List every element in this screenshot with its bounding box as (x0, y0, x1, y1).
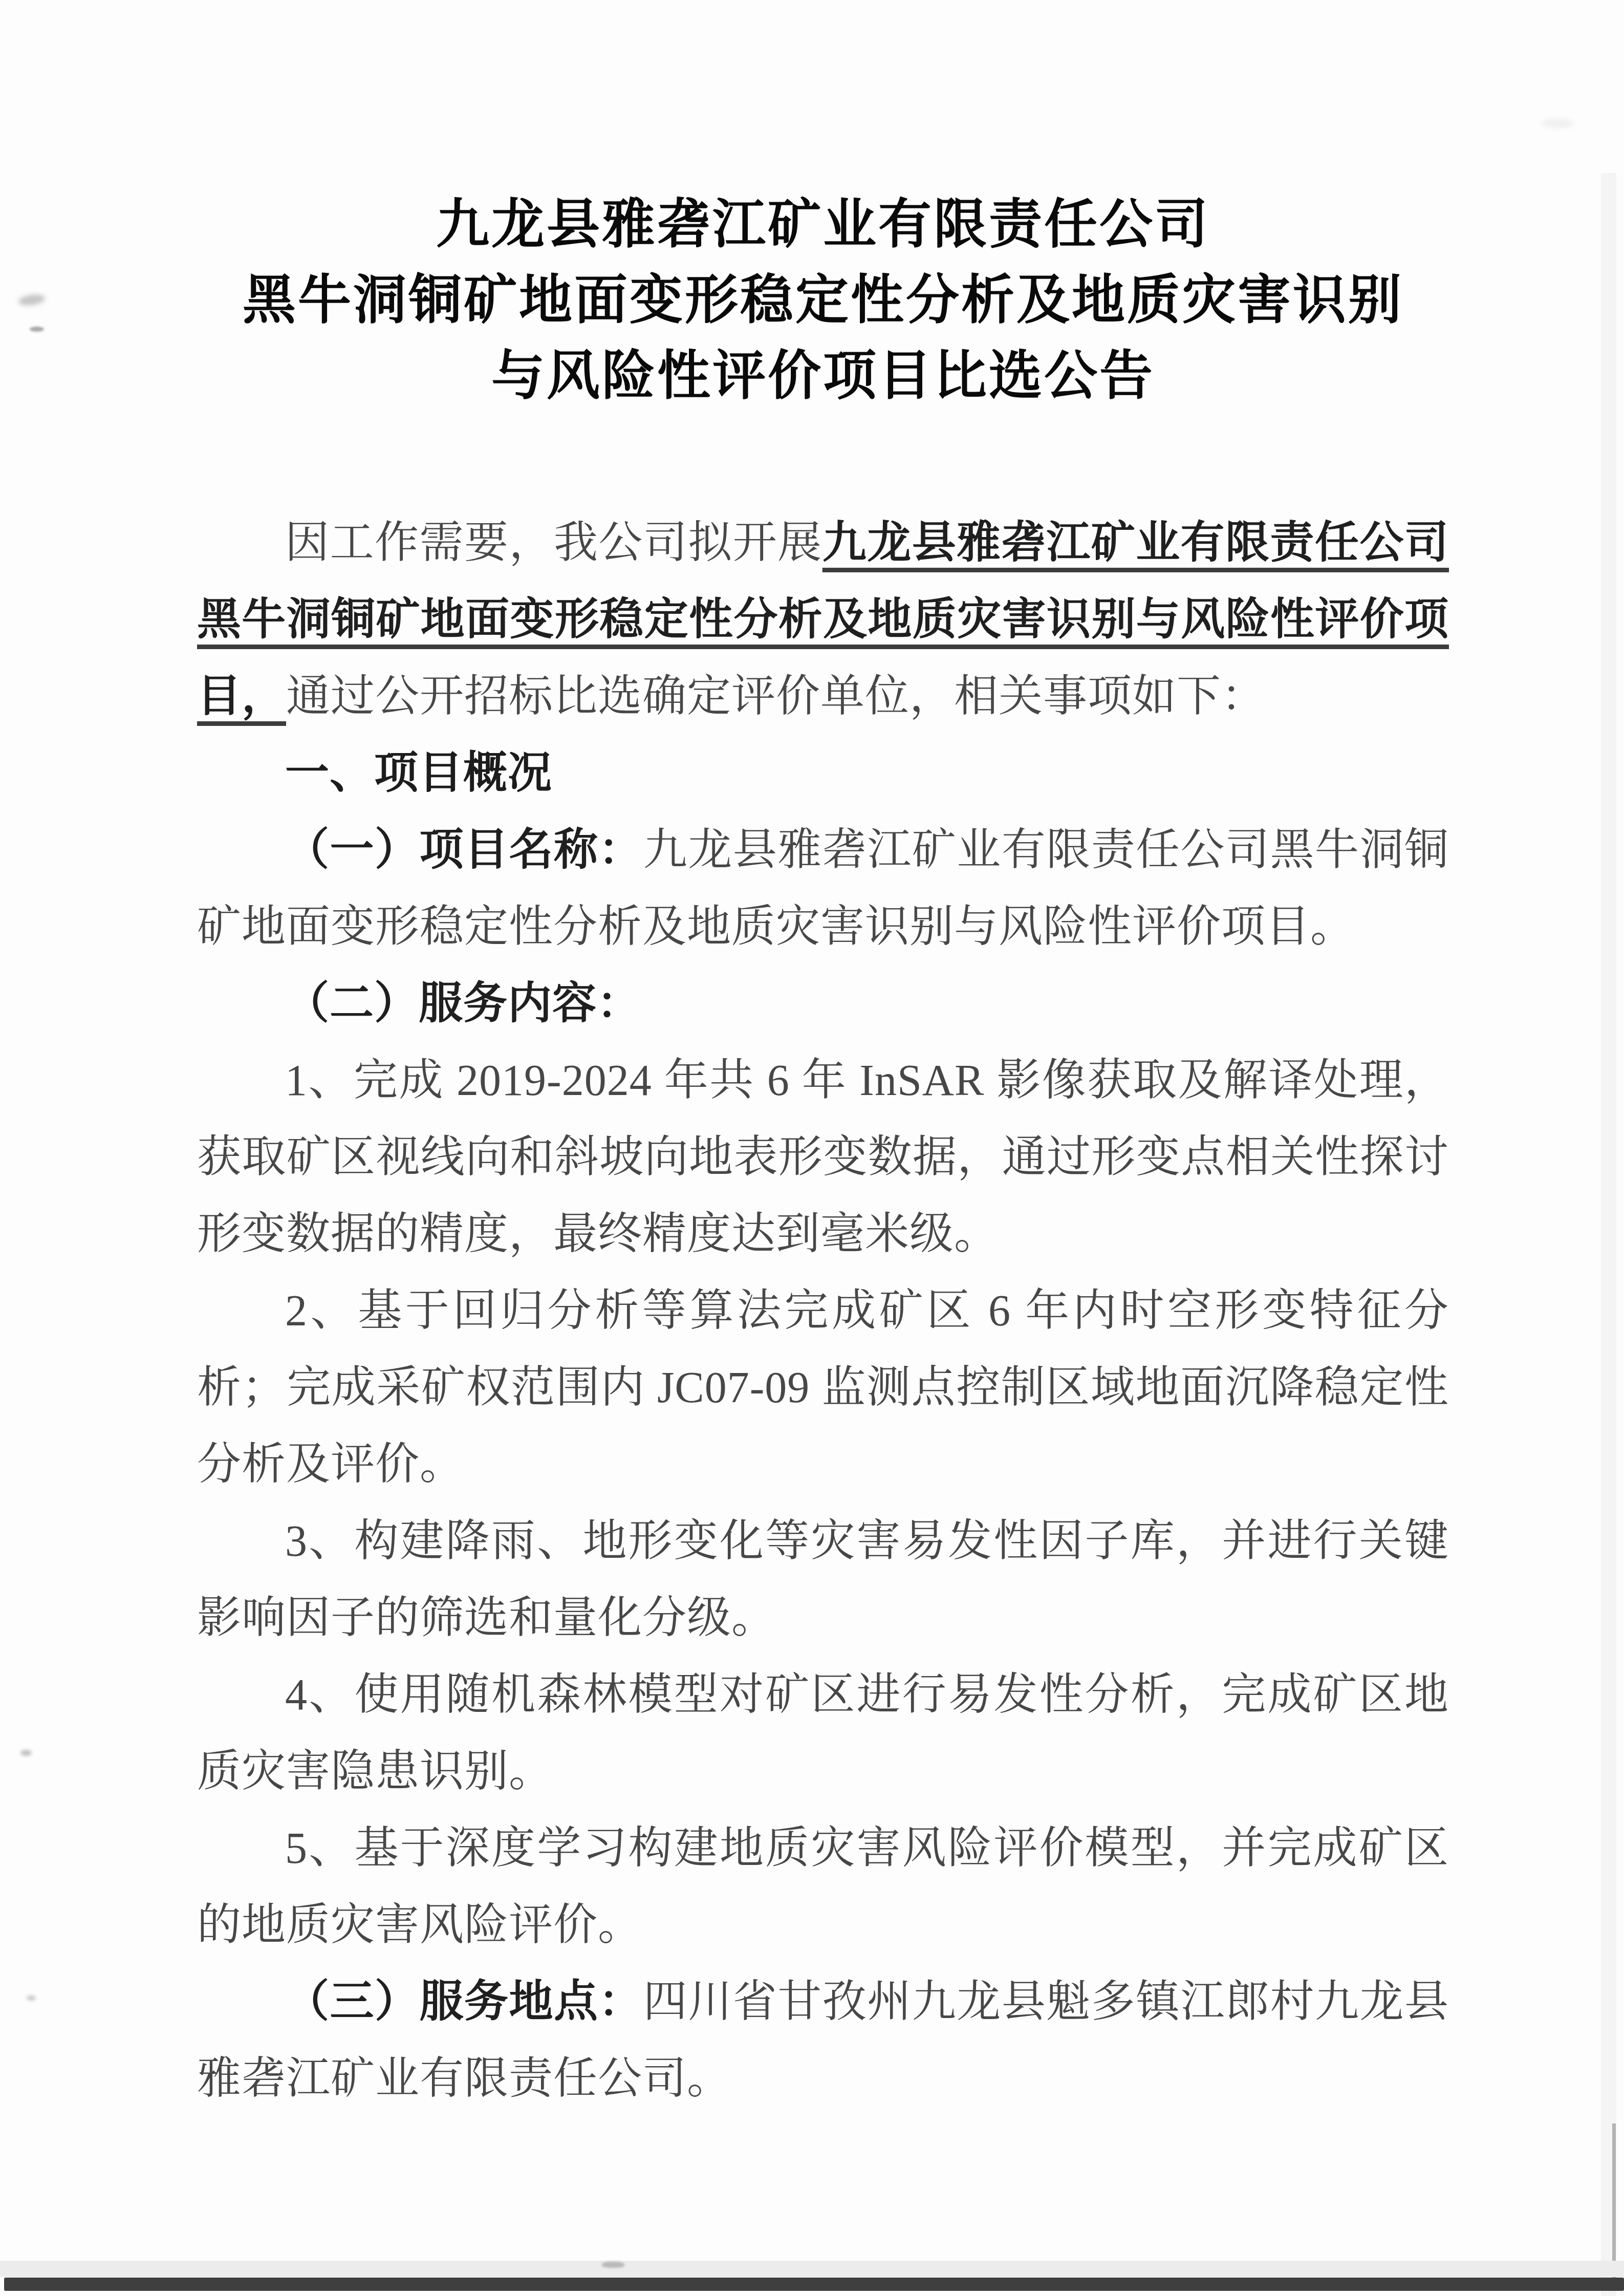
paragraph-service-location: （三）服务地点：四川省甘孜州九龙县魁多镇江郎村九龙县雅砻江矿业有限责任公司。 (197, 1963, 1449, 2117)
document-page: 九龙县雅砻江矿业有限责任公司 黑牛洞铜矿地面变形稳定性分析及地质灾害识别 与风险… (0, 0, 1624, 2296)
scan-edge-shadow (1601, 173, 1616, 2296)
paragraph-project-name: （一）项目名称：九龙县雅砻江矿业有限责任公司黑牛洞铜矿地面变形稳定性分析及地质灾… (197, 811, 1449, 965)
service-list-item-3: 3、构建降雨、地形变化等灾害易发性因子库，并进行关键影响因子的筛选和量化分级。 (197, 1503, 1449, 1656)
scan-edge-line (1612, 2123, 1616, 2283)
scan-smudge (27, 1995, 36, 2001)
scan-smudge (1542, 119, 1574, 128)
title-line-2: 黑牛洞铜矿地面变形稳定性分析及地质灾害识别 (197, 263, 1449, 339)
document-content: 九龙县雅砻江矿业有限责任公司 黑牛洞铜矿地面变形稳定性分析及地质灾害识别 与风险… (197, 187, 1449, 2117)
service-list-item-1: 1、完成 2019-2024 年共 6 年 InSAR 影像获取及解译处理，获取… (197, 1042, 1449, 1272)
paragraph-service-content-label: （二）服务内容： (197, 965, 1449, 1042)
scan-smudge (18, 293, 46, 307)
intro-text-tail: 通过公开招标比选确定评价单位，相关事项如下： (286, 672, 1266, 721)
document-body: 因工作需要，我公司拟开展九龙县雅砻江矿业有限责任公司黑牛洞铜矿地面变形稳定性分析… (197, 504, 1449, 2117)
scan-bottom-band-dark (4, 2278, 1624, 2291)
scan-bottom-smudge (602, 2262, 624, 2268)
title-line-3: 与风险性评价项目比选公告 (197, 339, 1449, 415)
title-line-1: 九龙县雅砻江矿业有限责任公司 (197, 187, 1449, 263)
document-title: 九龙县雅砻江矿业有限责任公司 黑牛洞铜矿地面变形稳定性分析及地质灾害识别 与风险… (197, 187, 1449, 415)
intro-paragraph: 因工作需要，我公司拟开展九龙县雅砻江矿业有限责任公司黑牛洞铜矿地面变形稳定性分析… (197, 504, 1449, 735)
service-list-item-4: 4、使用随机森林模型对矿区进行易发性分析，完成矿区地质灾害隐患识别。 (197, 1656, 1449, 1810)
service-list-item-5: 5、基于深度学习构建地质灾害风险评价模型，并完成矿区的地质灾害风险评价。 (197, 1810, 1449, 1963)
section-heading-project-overview: 一、项目概况 (197, 735, 1449, 811)
scan-smudge (30, 327, 44, 332)
scan-bottom-band-light (0, 2261, 1624, 2277)
project-name-label: （一）项目名称： (285, 825, 643, 874)
service-list-item-2: 2、基于回归分析等算法完成矿区 6 年内时空形变特征分析；完成采矿权范围内 JC… (197, 1272, 1449, 1503)
service-location-label: （三）服务地点： (285, 1977, 643, 2026)
scan-smudge (20, 1750, 32, 1756)
intro-text-lead: 因工作需要，我公司拟开展 (285, 518, 822, 567)
service-content-label: （二）服务内容： (285, 979, 641, 1028)
